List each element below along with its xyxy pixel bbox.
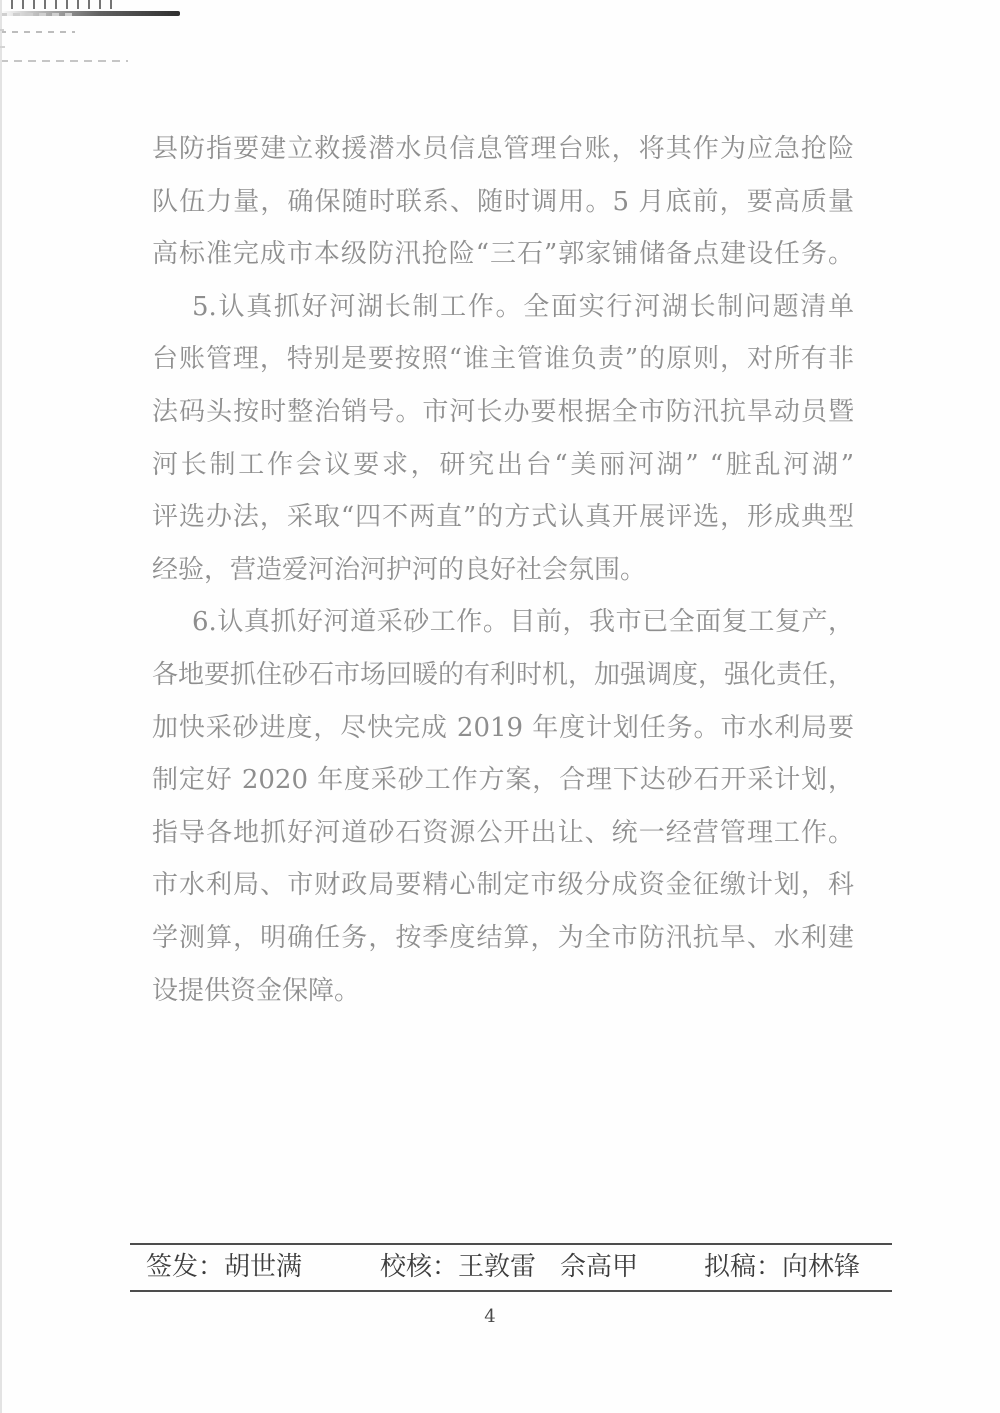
text-line: 制定好 2020 年度采砂工作方案，合理下达砂石开采计划， [152,754,854,807]
text-line: 市水利局、市财政局要精心制定市级分成资金征缴计划，科 [152,859,854,912]
text-line-paragraph-end: 经验，营造爱河治河护河的良好社会氛围。 [152,544,854,597]
text-line: 队伍力量，确保随时联系、随时调用。5 月底前，要高质量 [152,176,854,229]
scanned-document-page: 县防指要建立救援潜水员信息管理台账，将其作为应急抢险 队伍力量，确保随时联系、随… [0,0,1000,1413]
checked-by-label: 校核： [380,1252,458,1282]
document-body: 县防指要建立救援潜水员信息管理台账，将其作为应急抢险 队伍力量，确保随时联系、随… [152,123,854,1017]
scan-speck [0,46,5,48]
scan-noise-dashes-upper [0,31,75,33]
scan-noise-dashes-lead [0,13,72,16]
text-line: 加快采砂进度，尽快完成 2019 年度计划任务。市水利局要 [152,702,854,755]
drafted-by: 拟稿：向林锋 [704,1245,860,1290]
scan-noise-dashes-lower [0,60,128,62]
checked-by-name-2: 佘高甲 [560,1252,638,1282]
signed-by-name: 胡世满 [224,1252,302,1282]
checked-by: 校核：王敦雷佘高甲 [380,1245,638,1290]
text-line: 各地要抓住砂石市场回暖的有利时机，加强调度，强化责任， [152,649,854,702]
scan-noise-tick-marks [0,0,114,9]
drafted-by-label: 拟稿： [704,1252,782,1282]
text-line: 法码头按时整治销号。市河长办要根据全市防汛抗旱动员暨 [152,386,854,439]
scan-noise-smudge-line [0,11,180,16]
text-line-paragraph-end: 设提供资金保障。 [152,965,854,1018]
scan-speck [0,29,4,31]
text-line: 指导各地抓好河道砂石资源公开出让、统一经营管理工作。 [152,807,854,860]
text-line: 县防指要建立救援潜水员信息管理台账，将其作为应急抢险 [152,123,854,176]
page-number: 4 [455,1306,525,1327]
text-line: 河长制工作会议要求，研究出台“美丽河湖” “脏乱河湖” [152,439,854,492]
text-line: 评选办法，采取“四不两直”的方式认真开展评选，形成典型 [152,491,854,544]
checked-by-name-1: 王敦雷 [458,1252,536,1282]
drafted-by-name: 向林锋 [782,1252,860,1282]
text-line: 台账管理，特别是要按照“谁主管谁负责”的原则，对所有非 [152,333,854,386]
text-line-paragraph-start: 5.认真抓好河湖长制工作。全面实行河湖长制问题清单 [152,281,854,334]
signature-block: 签发：胡世满 校核：王敦雷佘高甲 拟稿：向林锋 [130,1243,892,1292]
page-edge-line [0,0,2,1413]
signed-by: 签发：胡世满 [146,1245,302,1290]
text-line: 学测算，明确任务，按季度结算，为全市防汛抗旱、水利建 [152,912,854,965]
text-line: 高标准完成市本级防汛抢险“三石”郭家铺储备点建设任务。 [152,228,854,281]
signed-by-label: 签发： [146,1252,224,1282]
text-line-paragraph-start: 6.认真抓好河道采砂工作。目前，我市已全面复工复产， [152,596,854,649]
